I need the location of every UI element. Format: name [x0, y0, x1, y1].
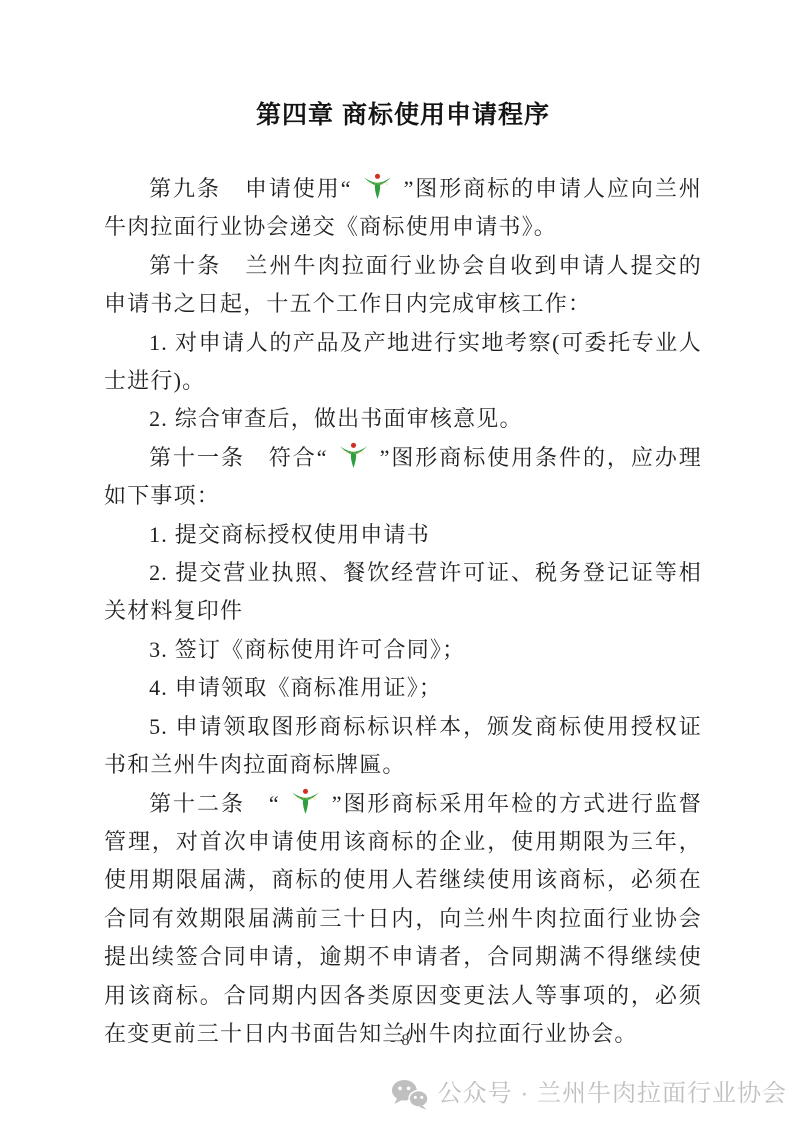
svg-text:兰州牛肉拉面: 兰州牛肉拉面 [294, 795, 318, 800]
footer-watermark: 公众号 · 兰州牛肉拉面行业协会 [391, 1077, 787, 1111]
paragraph-text: 第十一条 符合“ [149, 445, 328, 470]
trademark-figure-logo-icon: 兰州牛肉拉面 [338, 441, 369, 470]
footer-watermark-text: 公众号 · 兰州牛肉拉面行业协会 [438, 1077, 787, 1111]
paragraph-text: 第十二条 “ [149, 791, 280, 816]
paragraph: 4. 申请领取《商标准用证》； [104, 669, 702, 707]
paragraph: 1. 提交商标授权使用申请书 [104, 516, 702, 554]
paragraph: 5. 申请领取图形商标标识样本，颁发商标使用授权证书和兰州牛肉拉面商标牌匾。 [104, 708, 702, 785]
trademark-figure-logo-icon: 兰州牛肉拉面 [290, 787, 321, 816]
paragraph-text: 第九条 申请使用“ [149, 176, 352, 201]
svg-text:兰州牛肉拉面: 兰州牛肉拉面 [342, 449, 366, 454]
paragraph: 2. 提交营业执照、餐饮经营许可证、税务登记证等相关材料复印件 [104, 554, 702, 631]
paragraph: 第九条 申请使用“ 兰州牛肉拉面 ”图形商标的申请人应向兰州牛肉拉面行业协会递交… [104, 170, 702, 247]
trademark-figure-logo-icon: 兰州牛肉拉面 [362, 172, 393, 201]
wechat-icon [391, 1078, 429, 1111]
page-title: 第四章 商标使用申请程序 [104, 100, 702, 130]
paragraph: 2. 综合审查后，做出书面审核意见。 [104, 400, 702, 438]
svg-text:兰州牛肉拉面: 兰州牛肉拉面 [366, 180, 390, 185]
document-body: 第九条 申请使用“ 兰州牛肉拉面 ”图形商标的申请人应向兰州牛肉拉面行业协会递交… [104, 170, 702, 1053]
paragraph: 第十二条 “ 兰州牛肉拉面 ”图形商标采用年检的方式进行监督管理，对首次申请使用… [104, 785, 702, 1054]
paragraph: 第十一条 符合“ 兰州牛肉拉面 ”图形商标使用条件的，应办理如下事项： [104, 439, 702, 516]
page-number: - 8 - [0, 1031, 800, 1051]
paragraph: 3. 签订《商标使用许可合同》； [104, 631, 702, 669]
document-page: 第四章 商标使用申请程序 第九条 申请使用“ 兰州牛肉拉面 ”图形商标的申请人应… [0, 0, 800, 1131]
paragraph-text: ”图形商标采用年检的方式进行监督管理，对首次申请使用该商标的企业，使用期限为三年… [104, 791, 702, 1046]
paragraph: 第十条 兰州牛肉拉面行业协会自收到申请人提交的申请书之日起，十五个工作日内完成审… [104, 247, 702, 324]
paragraph: 1. 对申请人的产品及产地进行实地考察(可委托专业人士进行)。 [104, 324, 702, 401]
